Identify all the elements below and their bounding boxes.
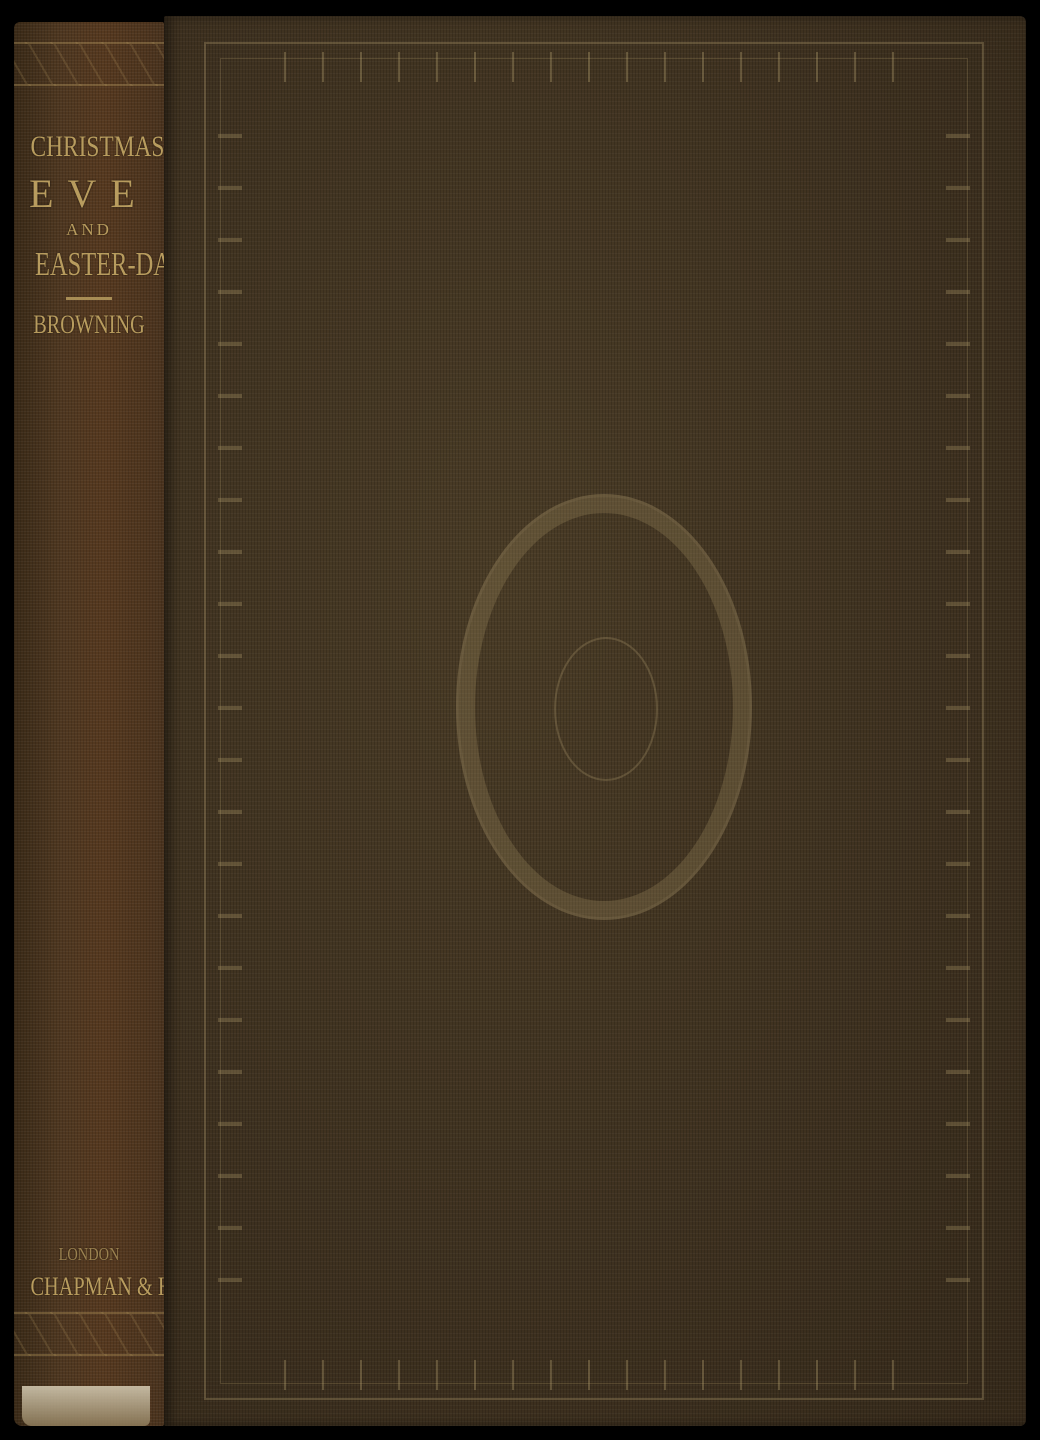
spine-imprint-line2: CHAPMAN & HALL [31,1272,148,1302]
central-medallion [456,494,752,920]
spine-imprint-line1: LONDON [29,1244,149,1265]
front-cover [164,16,1026,1426]
spine-author: BROWNING [31,310,148,340]
book-photo: CHRISTMAS EVE AND EASTER-DAY BROWNING LO… [0,0,1040,1440]
side-ornament-left [218,134,242,1308]
spine-top-band [14,42,164,86]
spine-title-line1: CHRISTMAS [31,130,148,164]
spine-bottom-band [14,1312,164,1356]
spine-wear [22,1386,150,1426]
spine-rule [66,297,112,300]
spine-title-line4: EASTER-DAY [35,246,143,284]
spine-title-line3: AND [14,220,164,240]
side-ornament-right [946,134,970,1308]
spine-title-line2: EVE [14,170,164,217]
vine-ornament-bottom [266,1360,922,1390]
book-spine: CHRISTMAS EVE AND EASTER-DAY BROWNING LO… [14,22,164,1426]
medallion-core [554,637,658,781]
vine-ornament-top [266,52,922,82]
